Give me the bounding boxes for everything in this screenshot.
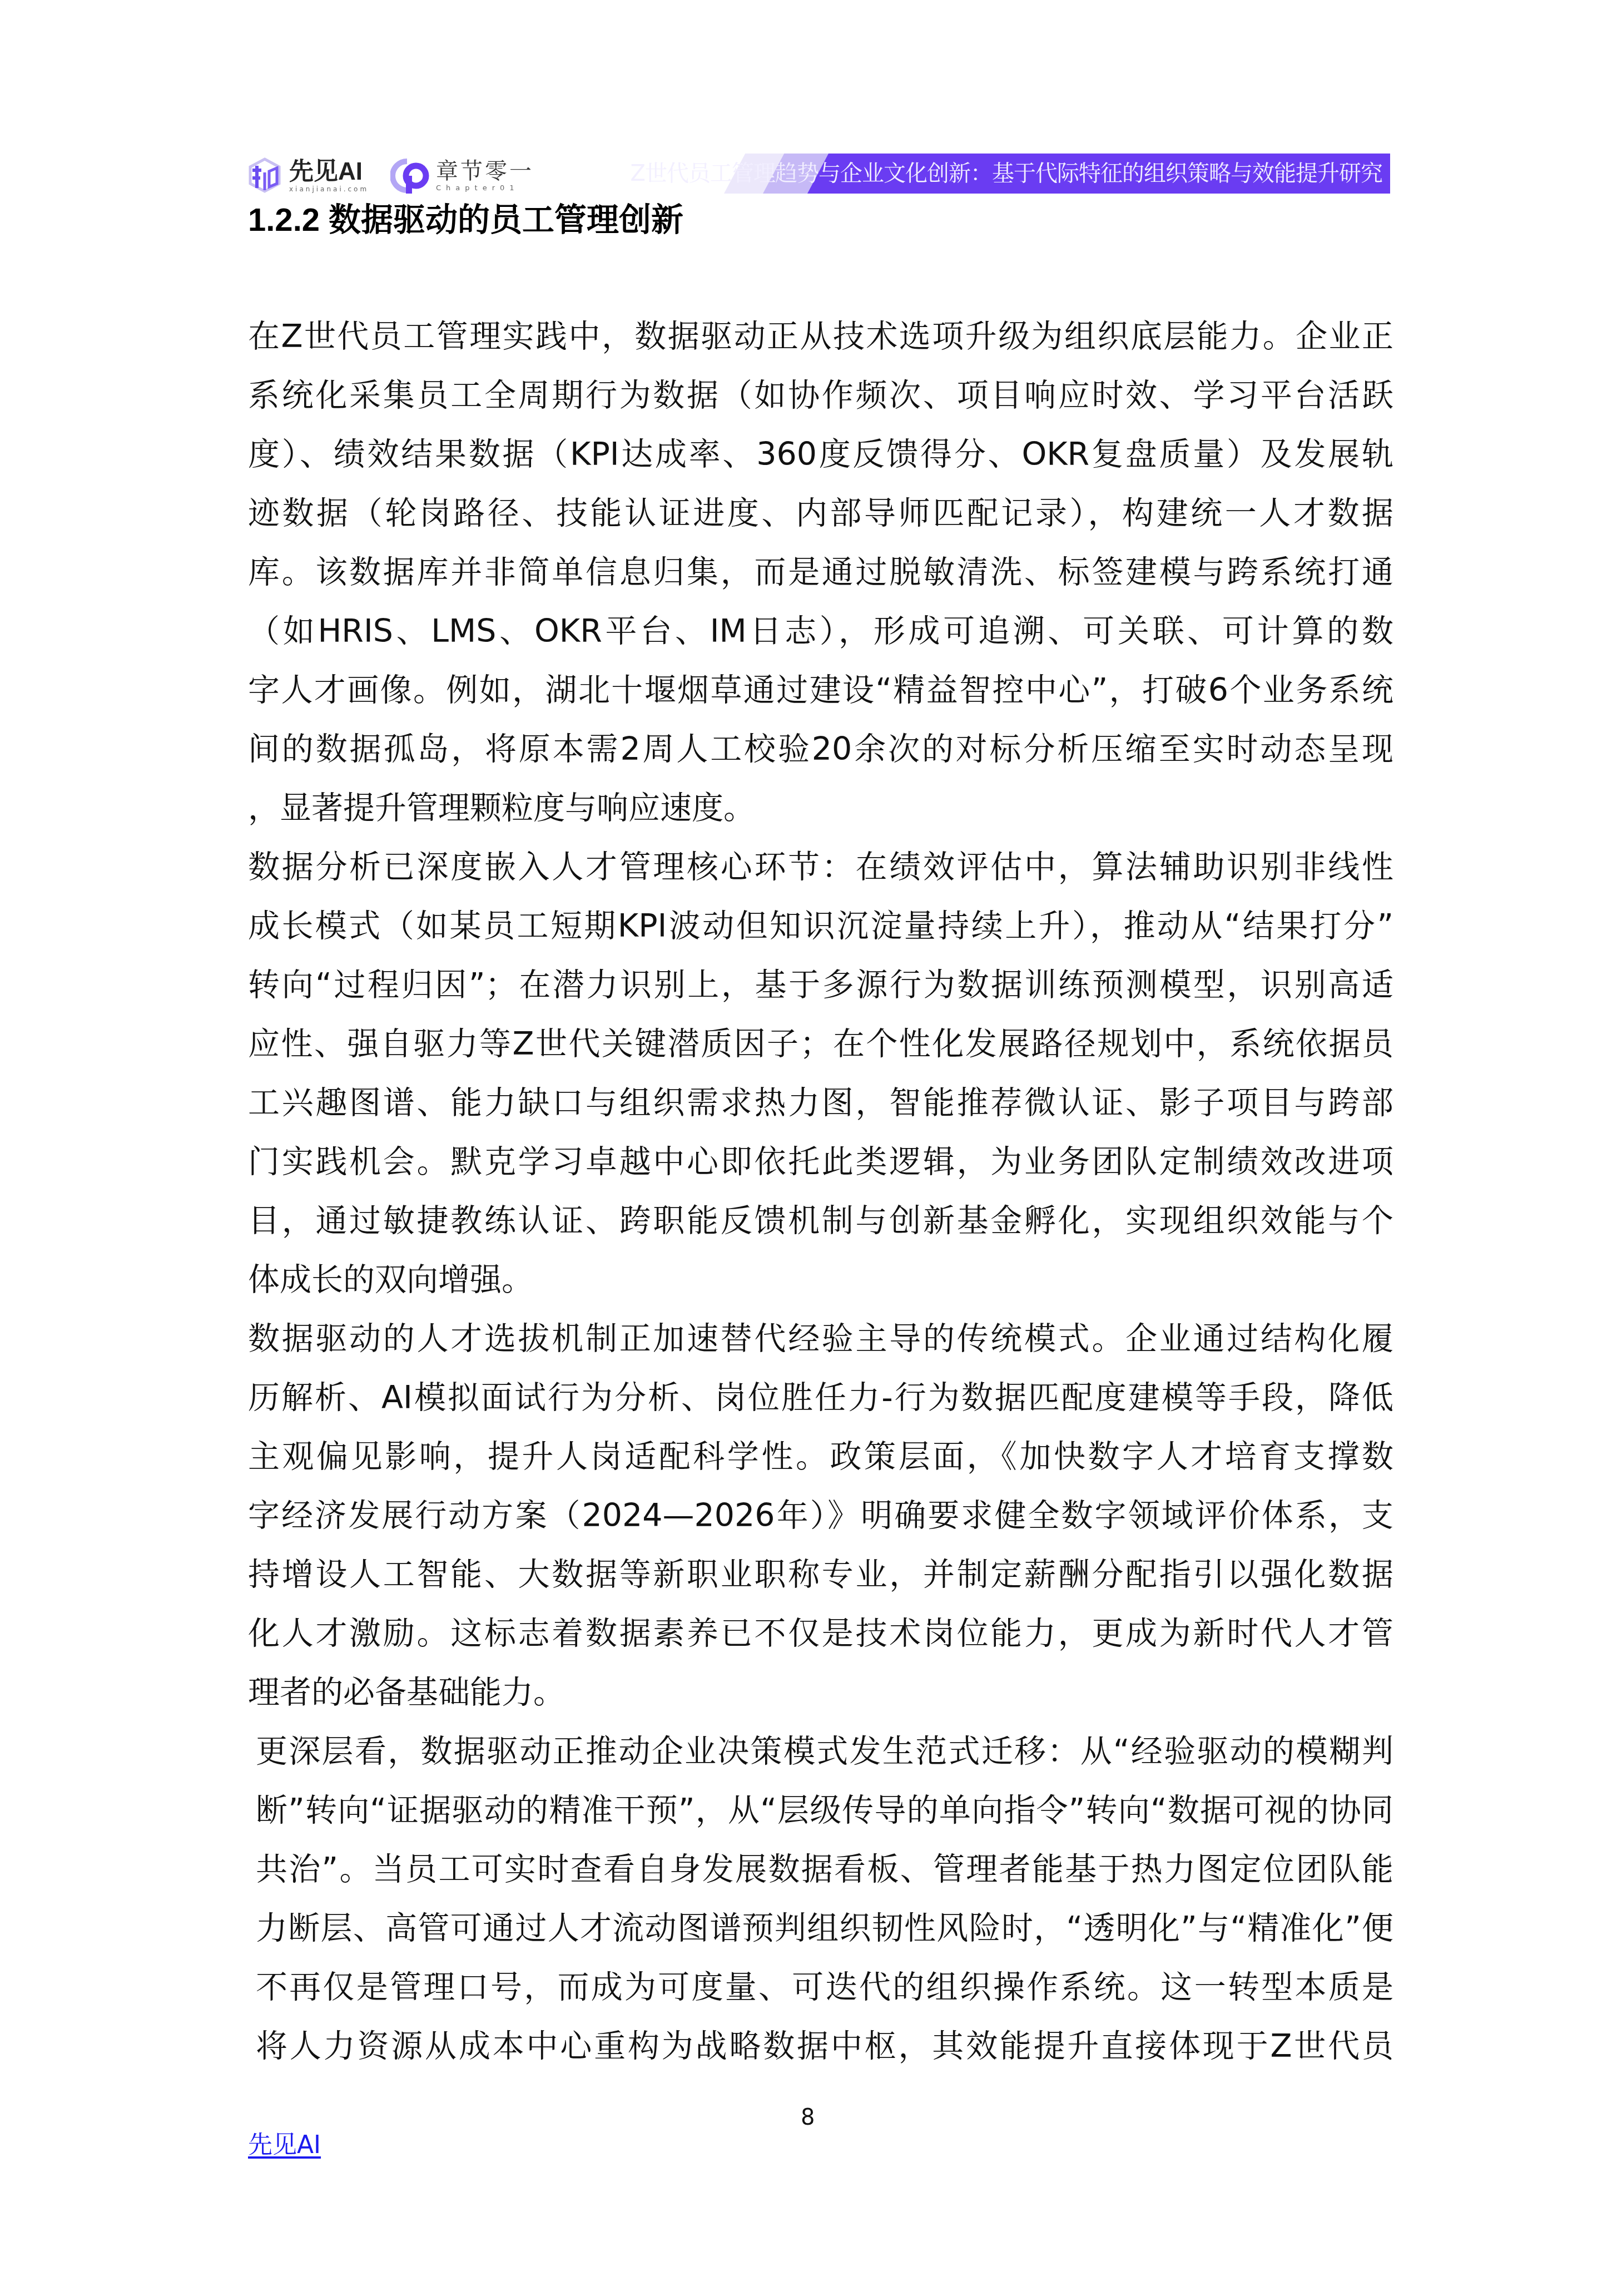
text-line: 不再仅是管理口号，而成为可度量、可迭代的组织操作系统。这一转型本质是 [248,1958,1393,2017]
chapter01-logo: 章节零一 Chapter01 [390,155,534,197]
text-line: （如HRIS、LMS、OKR平台、IM日志），形成可追溯、可关联、可计算的数 [248,602,1393,661]
body-text: 在Z世代员工管理实践中，数据驱动正从技术选项升级为组织底层能力。企业正 系统化采… [248,307,1393,2076]
text-line: 更深层看，数据驱动正推动企业决策模式发生范式迁移：从“经验驱动的模糊判 [248,1722,1393,1781]
text-line: 共治”。当员工可实时查看自身发展数据看板、管理者能基于热力图定位团队能 [248,1840,1393,1899]
report-title-banner: Z世代员工管理趋势与企业文化创新：基于代际特征的组织策略与效能提升研究 [724,154,1390,194]
text-line: 主观偏见影响，提升人岗适配科学性。政策层面，《加快数字人才培育支撑数 [248,1427,1393,1486]
text-line: 库。该数据库并非简单信息归集，而是通过脱敏清洗、标签建模与跨系统打通 [248,543,1393,602]
text-line: 目，通过敏捷教练认证、跨职能反馈机制与创新基金孵化，实现组织效能与个 [248,1191,1393,1250]
text-line: 数据分析已深度嵌入人才管理核心环节：在绩效评估中，算法辅助识别非线性 [248,838,1393,897]
logo-secondary-name: 章节零一 [436,159,534,184]
logo-primary-subtitle: xianjianai.com [289,185,369,193]
xianjian-ai-logo: 先见AI xianjianai.com [245,155,369,197]
page-number: 8 [801,2105,815,2130]
text-line: 断”转向“证据驱动的精准干预”，从“层级传导的单向指令”转向“数据可视的协同 [248,1781,1393,1840]
text-line: 持增设人工智能、大数据等新职业职称专业，并制定薪酬分配指引以强化数据 [248,1545,1393,1604]
text-line: 成长模式（如某员工短期KPI波动但知识沉淀量持续上升），推动从“结果打分” [248,897,1393,956]
text-line: 字人才画像。例如，湖北十堰烟草通过建设“精益智控中心”，打破6个业务系统 [248,661,1393,720]
text-line: ，显著提升管理颗粒度与响应速度。 [248,779,1393,838]
text-line: 体成长的双向增强。 [248,1250,1393,1309]
cube-logo-icon [245,156,285,196]
logo-secondary-subtitle: Chapter01 [436,184,534,193]
footer-brand-link[interactable]: 先见AI [248,2125,321,2160]
text-line: 工兴趣图谱、能力缺口与组织需求热力图，智能推荐微认证、影子项目与跨部 [248,1073,1393,1132]
text-line: 间的数据孤岛，将原本需2周人工校验20余次的对标分析压缩至实时动态呈现 [248,720,1393,779]
text-line: 力断层、高管可通过人才流动图谱预判组织韧性风险时，“透明化”与“精准化”便 [248,1899,1393,1958]
logo-primary-name: 先见AI [289,159,369,185]
text-line: 理者的必备基础能力。 [248,1663,1393,1722]
text-line: 字经济发展行动方案（2024—2026年）》明确要求健全数字领域评价体系，支 [248,1486,1393,1545]
text-line: 历解析、AI模拟面试行为分析、岗位胜任力-行为数据匹配度建模等手段，降低 [248,1368,1393,1427]
text-line: 数据驱动的人才选拔机制正加速替代经验主导的传统模式。企业通过结构化履 [248,1309,1393,1368]
report-title: Z世代员工管理趋势与企业文化创新：基于代际特征的组织策略与效能提升研究 [631,154,1382,194]
text-line: 应性、强自驱力等Z世代关键潜质因子；在个性化发展路径规划中，系统依据员 [248,1015,1393,1073]
text-line: 系统化采集员工全周期行为数据（如协作频次、项目响应时效、学习平台活跃 [248,366,1393,425]
text-line: 度）、绩效结果数据（KPI达成率、360度反馈得分、OKR复盘质量）及发展轨 [248,425,1393,484]
text-line: 将人力资源从成本中心重构为战略数据中枢，其效能提升直接体现于Z世代员 [248,2017,1393,2076]
cp-logo-icon [390,156,431,196]
text-line: 在Z世代员工管理实践中，数据驱动正从技术选项升级为组织底层能力。企业正 [248,307,1393,366]
section-heading: 1.2.2 数据驱动的员工管理创新 [248,198,683,243]
text-line: 迹数据（轮岗路径、技能认证进度、内部导师匹配记录），构建统一人才数据 [248,484,1393,543]
text-line: 化人才激励。这标志着数据素养已不仅是技术岗位能力，更成为新时代人才管 [248,1604,1393,1663]
page-header: 先见AI xianjianai.com 章节零一 Chapter01 Z世代员工… [245,154,1390,198]
text-line: 门实践机会。默克学习卓越中心即依托此类逻辑，为业务团队定制绩效改进项 [248,1132,1393,1191]
text-line: 转向“过程归因”；在潜力识别上，基于多源行为数据训练预测模型，识别高适 [248,956,1393,1015]
